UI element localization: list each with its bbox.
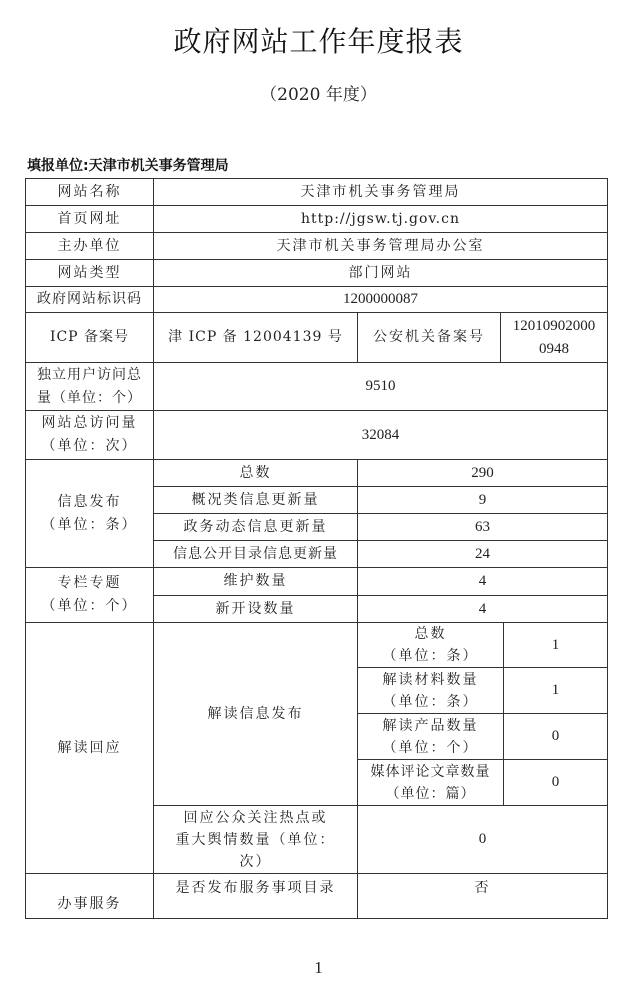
interp-materials-label-line2: （单位：条） — [383, 691, 479, 713]
interp-total-value: 1 — [503, 622, 608, 668]
service-catalog-label: 是否发布服务事项目录 — [153, 873, 358, 919]
disclosure-update-value: 24 — [357, 540, 608, 568]
hotspot-response-label-line1: 回应公众关注热点或 — [184, 807, 328, 829]
info-publish-label-line2: （单位：条） — [42, 514, 138, 537]
sponsor-value: 天津市机关事务管理局办公室 — [153, 232, 608, 260]
icp-value: 津 ICP 备 12004139 号 — [153, 312, 358, 363]
homepage-label: 首页网址 — [25, 205, 154, 233]
interp-materials-label-line1: 解读材料数量 — [383, 669, 479, 691]
columns-label: 专栏专题 （单位：个） — [25, 567, 154, 623]
reporting-unit: 填报单位:天津市机关事务管理局 — [27, 155, 229, 175]
police-record-label: 公安机关备案号 — [357, 312, 501, 363]
hotspot-response-value: 0 — [357, 805, 608, 874]
page-number: 1 — [0, 958, 637, 978]
interp-total-label: 总数 （单位：条） — [357, 622, 504, 668]
page-title: 政府网站工作年度报表 — [0, 20, 637, 60]
interp-total-label-line2: （单位：条） — [383, 645, 479, 667]
hotspot-response-label: 回应公众关注热点或 重大舆情数量（单位： 次） — [153, 805, 358, 874]
total-visits-value: 32084 — [153, 410, 608, 460]
interp-media-label: 媒体评论文章数量 （单位：篇） — [357, 759, 504, 806]
site-type-label: 网站类型 — [25, 259, 154, 287]
info-publish-total-value: 290 — [357, 459, 608, 487]
columns-label-line1: 专栏专题 — [58, 572, 122, 595]
report-year: （2020 年度） — [0, 80, 637, 105]
interp-materials-value: 1 — [503, 667, 608, 714]
disclosure-update-label: 信息公开目录信息更新量 — [153, 540, 358, 568]
homepage-value: http://jgsw.tj.gov.cn — [153, 205, 608, 233]
site-id-label: 政府网站标识码 — [25, 286, 154, 313]
columns-label-line2: （单位：个） — [42, 595, 138, 618]
interp-materials-label: 解读材料数量 （单位：条） — [357, 667, 504, 714]
interpretation-label: 解读回应 — [25, 622, 154, 874]
hotspot-response-label-line3: 次） — [240, 851, 272, 873]
interp-products-label-line2: （单位：个） — [383, 737, 479, 759]
news-update-value: 63 — [357, 513, 608, 541]
unique-visitors-label-line2: 量（单位：个） — [37, 387, 142, 410]
overview-update-label: 概况类信息更新量 — [153, 486, 358, 514]
info-publish-label: 信息发布 （单位：条） — [25, 459, 154, 568]
interp-products-label-line1: 解读产品数量 — [383, 715, 479, 737]
total-visits-label: 网站总访问量 （单位：次） — [25, 410, 154, 460]
news-update-label: 政务动态信息更新量 — [153, 513, 358, 541]
site-name-value: 天津市机关事务管理局 — [153, 178, 608, 206]
interp-products-value: 0 — [503, 713, 608, 760]
info-publish-total-label: 总数 — [153, 459, 358, 487]
columns-maintained-label: 维护数量 — [153, 567, 358, 596]
columns-new-label: 新开设数量 — [153, 595, 358, 623]
overview-update-value: 9 — [357, 486, 608, 514]
police-record-value: 12010902000 0948 — [500, 312, 608, 363]
interp-media-label-line2: （单位：篇） — [386, 783, 476, 805]
unique-visitors-label: 独立用户访问总 量（单位：个） — [25, 362, 154, 411]
info-publish-label-line1: 信息发布 — [58, 491, 122, 514]
police-record-value-line2: 0948 — [539, 338, 569, 361]
total-visits-label-line2: （单位：次） — [42, 435, 138, 458]
interp-total-label-line1: 总数 — [415, 623, 447, 645]
sponsor-label: 主办单位 — [25, 232, 154, 260]
police-record-value-line1: 12010902000 — [513, 315, 596, 338]
site-type-value: 部门网站 — [153, 259, 608, 287]
interp-media-value: 0 — [503, 759, 608, 806]
site-id-value: 1200000087 — [153, 286, 608, 313]
service-catalog-value: 否 — [357, 873, 608, 919]
total-visits-label-line1: 网站总访问量 — [42, 412, 138, 435]
interp-products-label: 解读产品数量 （单位：个） — [357, 713, 504, 760]
site-name-label: 网站名称 — [25, 178, 154, 206]
unique-visitors-label-line1: 独立用户访问总 — [37, 364, 142, 387]
columns-maintained-value: 4 — [357, 567, 608, 596]
unique-visitors-value: 9510 — [153, 362, 608, 411]
interpretation-publish-label: 解读信息发布 — [153, 622, 358, 806]
interp-media-label-line1: 媒体评论文章数量 — [371, 761, 491, 783]
hotspot-response-label-line2: 重大舆情数量（单位： — [176, 829, 336, 851]
columns-new-value: 4 — [357, 595, 608, 623]
icp-label: ICP 备案号 — [25, 312, 154, 363]
services-label: 办事服务 — [25, 873, 154, 919]
